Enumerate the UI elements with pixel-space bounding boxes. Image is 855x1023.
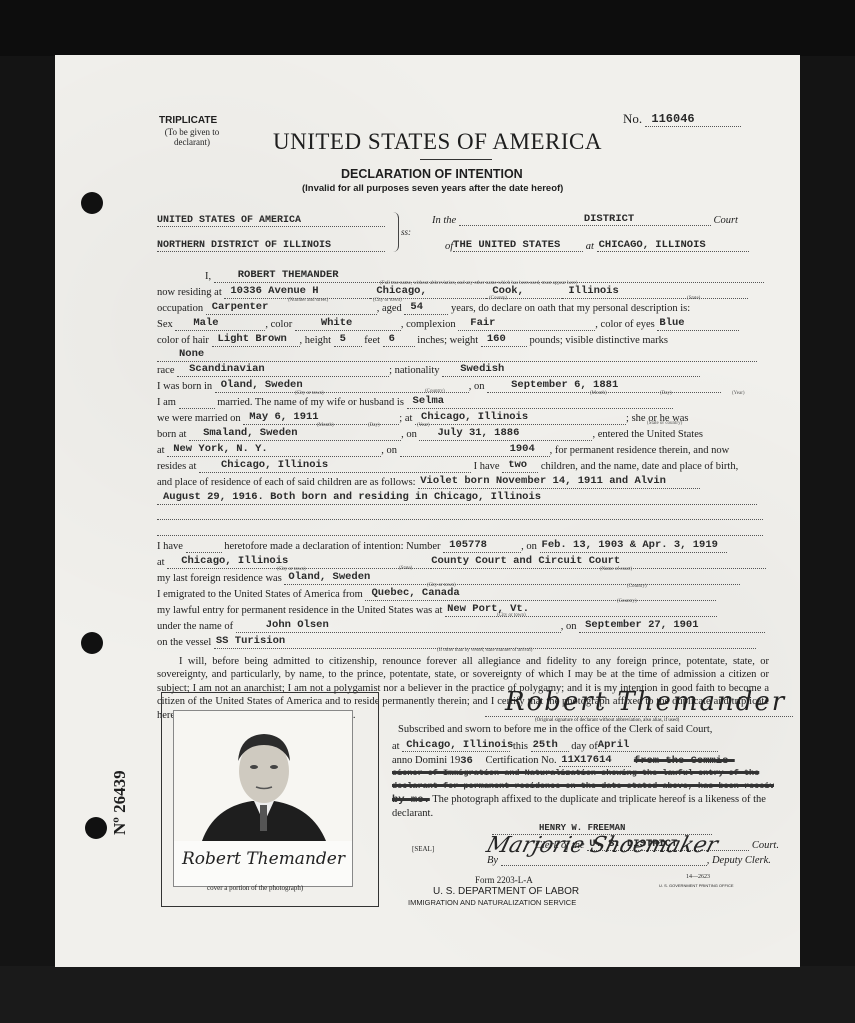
row-prior: I have heretofore made a declaration of … [157, 539, 767, 553]
row-marital: I am married. The name of my wife or hus… [157, 395, 767, 409]
row-children: and place of residence of each of said c… [157, 475, 767, 489]
jurat-place-line: at Chicago, Illinois this 25th day ofApr… [392, 739, 718, 752]
row-entry: my lawful entry for permanent residence … [157, 603, 767, 617]
row-under-name: under the name of John Olsen, on Septemb… [157, 619, 767, 633]
form-subtitle: (Invalid for all purposes seven years af… [302, 183, 563, 194]
row-last-residence: my last foreign residence was Oland, Swe… [157, 571, 767, 585]
seal-label: [SEAL] [412, 845, 434, 853]
age: 54 [404, 301, 448, 315]
spouse-entry-place: New York, N. Y. [167, 443, 381, 457]
color: White [295, 317, 401, 331]
ss-label: ss: [401, 227, 411, 237]
race: Scandinavian [177, 363, 389, 377]
clerk-name: HENRY W. FREEMAN [539, 823, 625, 833]
hair-color: Light Brown [212, 333, 300, 347]
copy-note: (To be given to declarant) [157, 127, 227, 147]
spouse-birthdate: July 31, 1886 [419, 427, 592, 441]
jurat-day: 25th [531, 739, 569, 752]
row-birth: I was born in Oland, Sweden, on Septembe… [157, 379, 767, 393]
spouse-birthplace: Smaland, Sweden [189, 427, 401, 441]
punch-hole-1 [81, 192, 103, 214]
blank-line-1 [157, 519, 763, 520]
sex: Male [175, 317, 265, 331]
row-hair: color of hair Light Brown, height 5 feet… [157, 333, 767, 347]
certification-number: 11X17614 [559, 754, 631, 767]
nationality: Swedish [442, 363, 700, 377]
height-feet: 5 [334, 333, 362, 347]
subscribed-text: Subscribed and sworn to before me in the… [398, 724, 712, 735]
children-line-2: August 29, 1916. Both born and residing … [157, 491, 757, 505]
last-foreign-residence: Oland, Sweden [284, 571, 740, 585]
form-number: No. 116046 [623, 111, 741, 127]
service: IMMIGRATION AND NATURALIZATION SERVICE [408, 898, 576, 907]
department: U. S. DEPARTMENT OF LABOR [433, 886, 579, 897]
prior-number: 105778 [443, 539, 521, 553]
row-sex: Sex Male, color White, complexion Fair, … [157, 317, 767, 331]
venue-state: UNITED STATES OF AMERICA [157, 215, 391, 227]
photo-caption: cover a portion of the photograph) [207, 884, 303, 892]
title-divider [420, 159, 492, 160]
weight: 160 [481, 333, 527, 347]
row-occupation: occupation Carpenter, aged 54 years, do … [157, 301, 767, 315]
under-name: John Olsen [236, 619, 561, 633]
photograph: Robert Themander [173, 710, 353, 887]
vessel: SS Turision [214, 635, 756, 649]
document-page: TRIPLICATE (To be given to declarant) No… [55, 55, 800, 967]
row-residence: now residing at 10336 Avenue HChicago,Co… [157, 285, 767, 299]
eye-color: Blue [657, 317, 739, 331]
prior-dates: Feb. 13, 1903 & Apr. 3, 1919 [540, 539, 727, 553]
copy-label: TRIPLICATE [159, 115, 217, 126]
print-code: 14—2623 [686, 874, 710, 880]
spouse-name: Selma [407, 395, 673, 409]
city: Chicago, [370, 285, 486, 299]
form-title: DECLARATION OF INTENTION [341, 167, 523, 181]
entry-date: September 27, 1901 [579, 619, 765, 633]
blank-line-2 [157, 535, 763, 536]
country-title: UNITED STATES OF AMERICA [273, 129, 602, 155]
row-marks: None [157, 348, 767, 362]
prior-court: County Court and Circuit Court [431, 555, 766, 569]
occupation: Carpenter [206, 301, 377, 315]
row-spouse-birth: born at Smaland, Sweden, on July 31, 188… [157, 427, 767, 441]
entry-place: New Port, Vt. [445, 603, 717, 617]
row-prior-place: at Chicago, IllinoisCounty Court and Cir… [157, 555, 767, 569]
court-line: In the DISTRICT Court [432, 213, 738, 226]
photo-likeness-text: by me. The photograph affixed to the dup… [392, 793, 772, 820]
row-vessel: on the vessel SS Turision [157, 635, 767, 649]
declarant-signature: Robert Themander [505, 687, 786, 717]
portrait-icon [174, 711, 352, 841]
court-of-line: ofTHE UNITED STATES at CHICAGO, ILLINOIS [445, 239, 749, 252]
height-inches: 6 [383, 333, 415, 347]
venue-bracket [392, 212, 399, 252]
printer: U. S. GOVERNMENT PRINTING OFFICE [659, 883, 734, 888]
form-number-value: 116046 [645, 112, 741, 127]
row-emigrated: I emigrated to the United States of Amer… [157, 587, 767, 601]
stamp-number: Nº 26439 [110, 770, 130, 835]
jurat-year-line: anno Domini 1936 Certification No. 11X17… [392, 754, 735, 767]
complexion: Fair [458, 317, 595, 331]
emigrated-from: Quebec, Canada [365, 587, 716, 601]
jurat-month: April [598, 739, 718, 752]
spouse-entry-year: 1904 [400, 443, 550, 457]
row-spouse-residence: resides at Chicago, Illinois I have two … [157, 459, 767, 473]
jurat-year: 36 [460, 755, 473, 767]
row-spouse-entry: at New York, N. Y., on 1904, for permane… [157, 443, 767, 457]
struck-text-2: sioner of Immigration and Naturalization… [392, 768, 774, 778]
scan-background-top [0, 0, 855, 56]
venue-district: NORTHERN DISTRICT OF ILLINOIS [157, 240, 385, 252]
struck-text-1: from the Commis- [634, 755, 735, 767]
punch-hole-2 [81, 632, 103, 654]
spouse-residence: Chicago, Illinois [199, 459, 471, 473]
row-race: race Scandinavian; nationality Swedish [157, 363, 767, 377]
street: 10336 Avenue H [224, 285, 370, 299]
children-line-1: Violet born November 14, 1911 and Alvin [418, 475, 700, 489]
row-children-2: August 29, 1916. Both born and residing … [157, 491, 767, 505]
children-count: two [502, 459, 538, 473]
form-number-footer: Form 2203-L-A [475, 875, 533, 885]
marriage-place: Chicago, Illinois [415, 411, 626, 425]
state: Illinois [562, 285, 748, 299]
distinctive-marks: None [157, 348, 757, 362]
photo-signature: Robert Themander [182, 849, 345, 869]
punch-hole-3 [85, 817, 107, 839]
signature-caption: (Original signature of declarant without… [535, 718, 679, 723]
jurat-place: Chicago, Illinois [402, 739, 510, 752]
deputy-signature: Marjorie Shoemaker [484, 833, 721, 858]
scan-background-bottom [0, 966, 855, 1023]
struck-text-3: declarant for permanent residence on the… [392, 781, 774, 791]
